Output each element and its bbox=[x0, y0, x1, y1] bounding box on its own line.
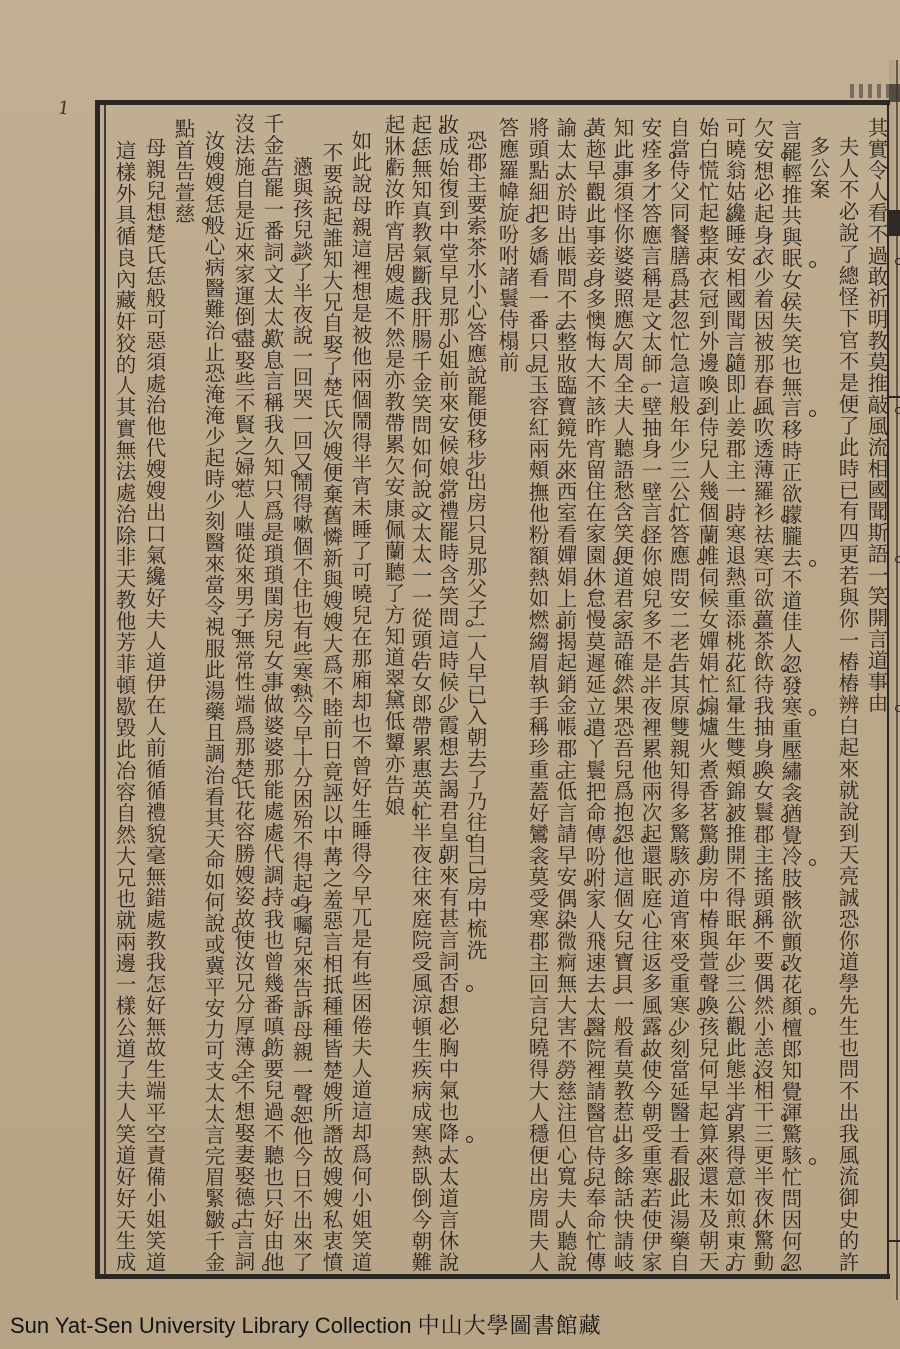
text-column: 言罷輕推共與眠。女侯失笑也無言。移時正欲朦朧去。不道佳人忽發寒。重壓繡衾猶覺冷。… bbox=[776, 120, 804, 1272]
spine-title-fragment bbox=[850, 84, 890, 98]
spine-edge bbox=[889, 60, 900, 1300]
text-column: 答應羅幃旋。吩咐諸鬟侍榻前。 bbox=[493, 117, 521, 373]
text-column: 起牀。虧汝昨宵居嫂處。不然是亦教帶累欠安康。佩蘭聽了方知道。翠黛低顰亦告娘。 bbox=[379, 114, 407, 817]
text-column: 欠安。想必起身衣少着。因被那春風吹透薄羅衫。祛寒可欲薑茶飲。待我抽身喚女鬟。郡主… bbox=[748, 117, 776, 1272]
text-column: 安痊。多才答應言稱是。文太師一壁抽身一壁言。怪你娘兒多不是。半夜裡累他兩次起還眠… bbox=[636, 117, 664, 1272]
text-column: 夫人不必說了總怪下官不是便了此時已有四更若與你一樁樁辨白起來就說到天亮誠恐你道學… bbox=[833, 136, 861, 1272]
spine-mark bbox=[889, 84, 900, 102]
text-column: 將頭點。細把多嬌看一番。只見玉容紅兩頰。撫他粉額熱如燃。縐眉執手稱珍重。蓋好鸞衾… bbox=[523, 117, 551, 1272]
text-column: 懣與孩兒談了半夜說一回哭一回又鬧得嗽個不住也有些寒熱今早十分困殆不得起身囑兒來告… bbox=[287, 156, 315, 1272]
text-column: 點首告萱慈。 bbox=[169, 118, 197, 225]
frame-left-border bbox=[95, 100, 100, 1279]
text-column: 母親兒想楚氏恁般可惡須處治他代嫂嫂出口氣纔好夫人道伊在人前循循禮貌毫無錯處教我怎… bbox=[140, 137, 168, 1272]
text-column: 恐郡主要索茶水小心答應說罷便移步出房只見那父子二人早已入朝去了乃往自己房中梳洗 bbox=[461, 130, 489, 961]
spine-rule bbox=[896, 60, 898, 1300]
collection-credit: Sun Yat-Sen University Library Collectio… bbox=[10, 1311, 602, 1341]
frame-left-inner-border bbox=[104, 105, 106, 1274]
book-page: 1 其實令人看不過。敢祈明教莫推敲。風流相國聞斯語。一笑開言道事由。 夫人不必說… bbox=[0, 0, 900, 1349]
text-column: 妝成始復到中堂早見那小姐前來安候娘。常禮罷時含笑問。這時候少霞想去謁君皇。朝來有… bbox=[433, 114, 461, 1272]
collection-credit-english: Sun Yat-Sen University Library Collectio… bbox=[10, 1313, 411, 1338]
fish-tail-mark bbox=[889, 210, 900, 236]
text-column: 汝嫂嫂恁般心病醫難治。止恐淹淹少起時。少刻醫來當令視。服此湯藥且調治。看其天命如… bbox=[199, 130, 227, 1272]
text-column: 沒法施。自是近來家運倒盡。娶些不賢之婦惹人嗤。從來男子無常性。端爲那楚氏花容勝嫂… bbox=[229, 113, 257, 1272]
spine-tick bbox=[889, 1240, 900, 1242]
text-column: 可曉翁姑纔睡安。相國聞言隨即止。姜郡主一時寒退熱重添。桃花紅暈生雙頰。錦被推開不… bbox=[720, 117, 748, 1272]
frame-top-border bbox=[95, 100, 890, 105]
text-column: 黃趂早。觀此事妾身多懊悔。大不該昨宵留住在家園。休怠慢。莫遲延。立遣丫鬟把命傳。… bbox=[580, 117, 608, 1272]
collection-credit-chinese: 中山大學圖書館藏 bbox=[418, 1313, 602, 1338]
text-column: 諭。太太於時出帳間。不去整妝臨寶鏡先來西室看嬋娟。上前揭起銷金帳。郡主低言請早安… bbox=[551, 117, 579, 1272]
spine-tick bbox=[889, 396, 900, 398]
frame-bottom-border bbox=[95, 1274, 890, 1279]
text-column: 如此說母親這裡想是被他兩個鬧得半宵未睡了可曉兒在那廂却也不曾好生睡得今早兀是有些… bbox=[346, 130, 374, 1272]
text-column: 其實令人看不過。敢祈明教莫推敲。風流相國聞斯語。一笑開言道事由。 bbox=[862, 117, 890, 713]
text-column: 始白慌忙起。整束衣冠到外邊。喚到侍兒人幾個。蘭帷伺候女嬋娟。忙煽爐火煮香茗。驚動… bbox=[693, 117, 721, 1272]
text-column: 自當侍父同餐膳。爲甚忽忙急這般。年少三公忙答應。問安二老告其原。雙親知得多驚駭。… bbox=[664, 117, 692, 1272]
text-column: 知此事須怪你婆婆照應欠周全。夫人聽語愁含笑。便道君家語確然。果恐吾兒爲抱怨。他這… bbox=[608, 117, 636, 1272]
text-column: 多公案 bbox=[804, 136, 832, 200]
margin-mark: 1 bbox=[57, 97, 71, 119]
text-column: 千金告罷一番詞。文太太歎息言稱我久知。只爲是瑣瑣閨房兒女事。做婆婆那能處處代調持… bbox=[258, 113, 286, 1272]
text-column: 這樣外具循良內藏奸狡的人其實無法處治除非天教他芳菲頓歇毀此冶容自然大兄也就兩邊一… bbox=[110, 140, 138, 1272]
text-column: 不要說起誰知大兄自娶了楚氏次嫂便棄舊憐新與嫂嫂大爲不睦前日竟誣以中冓之羞惡言相抵… bbox=[317, 142, 345, 1272]
text-column: 起。恁無知真教氣斷我肝腸。千金笑問如何說。文太太一一從頭告女郎。帶累惠英忙半夜。… bbox=[406, 114, 434, 1272]
